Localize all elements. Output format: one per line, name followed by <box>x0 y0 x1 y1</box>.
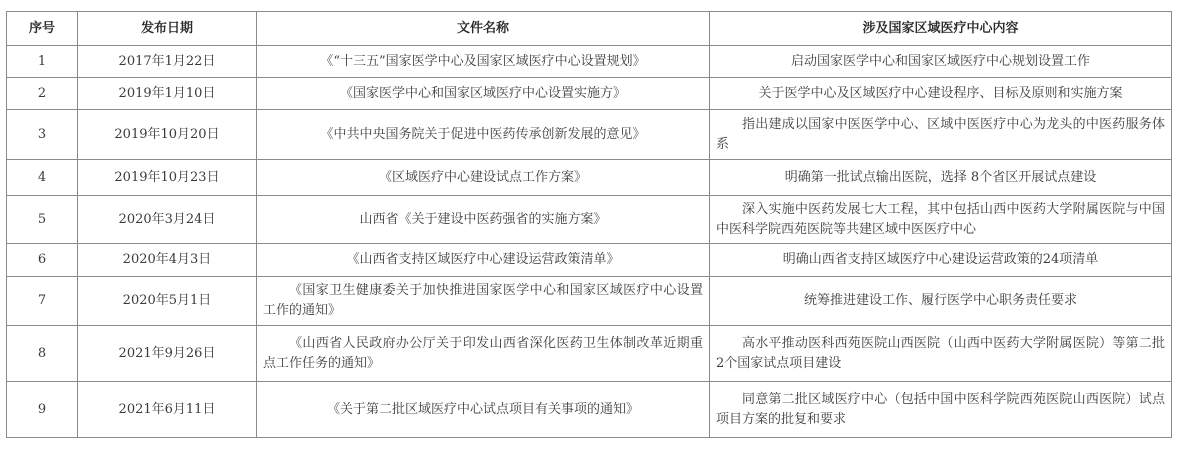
cell-name: 《区域医疗中心建设试点工作方案》 <box>257 160 710 196</box>
cell-content: 统筹推进建设工作、履行医学中心职务责任要求 <box>710 277 1172 326</box>
cell-date: 2020年4月3日 <box>78 244 257 277</box>
cell-content: 启动国家医学中心和国家区域医疗中心规划设置工作 <box>710 46 1172 78</box>
cell-no: 4 <box>7 160 78 196</box>
cell-name: 《国家医学中心和国家区域医疗中心设置实施方》 <box>257 78 710 110</box>
cell-name: 《山西省人民政府办公厅关于印发山西省深化医药卫生体制改革近期重点工作任务的通知》 <box>257 326 710 382</box>
cell-content: 同意第二批区域医疗中心（包括中国中医科学院西苑医院山西医院）试点项目方案的批复和… <box>710 382 1172 438</box>
cell-no: 5 <box>7 196 78 244</box>
cell-no: 3 <box>7 110 78 160</box>
table-row: 1 2017年1月22日 《“十三五”国家医学中心及国家区域医疗中心设置规划》 … <box>7 46 1172 78</box>
cell-no: 2 <box>7 78 78 110</box>
cell-name: 《国家卫生健康委关于加快推进国家医学中心和国家区域医疗中心设置工作的通知》 <box>257 277 710 326</box>
cell-no: 7 <box>7 277 78 326</box>
table-header-row: 序号 发布日期 文件名称 涉及国家区域医疗中心内容 <box>7 12 1172 46</box>
header-date: 发布日期 <box>78 12 257 46</box>
cell-no: 6 <box>7 244 78 277</box>
cell-date: 2020年3月24日 <box>78 196 257 244</box>
table-row: 4 2019年10月23日 《区域医疗中心建设试点工作方案》 明确第一批试点输出… <box>7 160 1172 196</box>
table-row: 3 2019年10月20日 《中共中央国务院关于促进中医药传承创新发展的意见》 … <box>7 110 1172 160</box>
cell-no: 1 <box>7 46 78 78</box>
cell-date: 2019年1月10日 <box>78 78 257 110</box>
table-row: 5 2020年3月24日 山西省《关于建设中医药强省的实施方案》 深入实施中医药… <box>7 196 1172 244</box>
header-no: 序号 <box>7 12 78 46</box>
cell-date: 2021年6月11日 <box>78 382 257 438</box>
cell-content: 明确第一批试点输出医院，选择 8个省区开展试点建设 <box>710 160 1172 196</box>
cell-content: 关于医学中心及区域医疗中心建设程序、目标及原则和实施方案 <box>710 78 1172 110</box>
cell-date: 2019年10月20日 <box>78 110 257 160</box>
cell-name: 《中共中央国务院关于促进中医药传承创新发展的意见》 <box>257 110 710 160</box>
cell-content: 深入实施中医药发展七大工程，其中包括山西中医药大学附属医院与中国中医科学院西苑医… <box>710 196 1172 244</box>
cell-date: 2017年1月22日 <box>78 46 257 78</box>
cell-content: 明确山西省支持区域医疗中心建设运营政策的24项清单 <box>710 244 1172 277</box>
cell-date: 2019年10月23日 <box>78 160 257 196</box>
table-row: 8 2021年9月26日 《山西省人民政府办公厅关于印发山西省深化医药卫生体制改… <box>7 326 1172 382</box>
cell-date: 2020年5月1日 <box>78 277 257 326</box>
cell-content: 指出建成以国家中医医学中心、区域中医医疗中心为龙头的中医药服务体系 <box>710 110 1172 160</box>
policy-documents-table: 序号 发布日期 文件名称 涉及国家区域医疗中心内容 1 2017年1月22日 《… <box>6 11 1172 438</box>
cell-name: 《“十三五”国家医学中心及国家区域医疗中心设置规划》 <box>257 46 710 78</box>
cell-name: 《山西省支持区域医疗中心建设运营政策清单》 <box>257 244 710 277</box>
cell-name: 山西省《关于建设中医药强省的实施方案》 <box>257 196 710 244</box>
table-row: 2 2019年1月10日 《国家医学中心和国家区域医疗中心设置实施方》 关于医学… <box>7 78 1172 110</box>
cell-date: 2021年9月26日 <box>78 326 257 382</box>
header-name: 文件名称 <box>257 12 710 46</box>
cell-name: 《关于第二批区域医疗中心试点项目有关事项的通知》 <box>257 382 710 438</box>
table-row: 7 2020年5月1日 《国家卫生健康委关于加快推进国家医学中心和国家区域医疗中… <box>7 277 1172 326</box>
header-content: 涉及国家区域医疗中心内容 <box>710 12 1172 46</box>
cell-no: 9 <box>7 382 78 438</box>
table-row: 9 2021年6月11日 《关于第二批区域医疗中心试点项目有关事项的通知》 同意… <box>7 382 1172 438</box>
table-row: 6 2020年4月3日 《山西省支持区域医疗中心建设运营政策清单》 明确山西省支… <box>7 244 1172 277</box>
cell-no: 8 <box>7 326 78 382</box>
cell-content: 高水平推动医科西苑医院山西医院（山西中医药大学附属医院）等第二批2个国家试点项目… <box>710 326 1172 382</box>
